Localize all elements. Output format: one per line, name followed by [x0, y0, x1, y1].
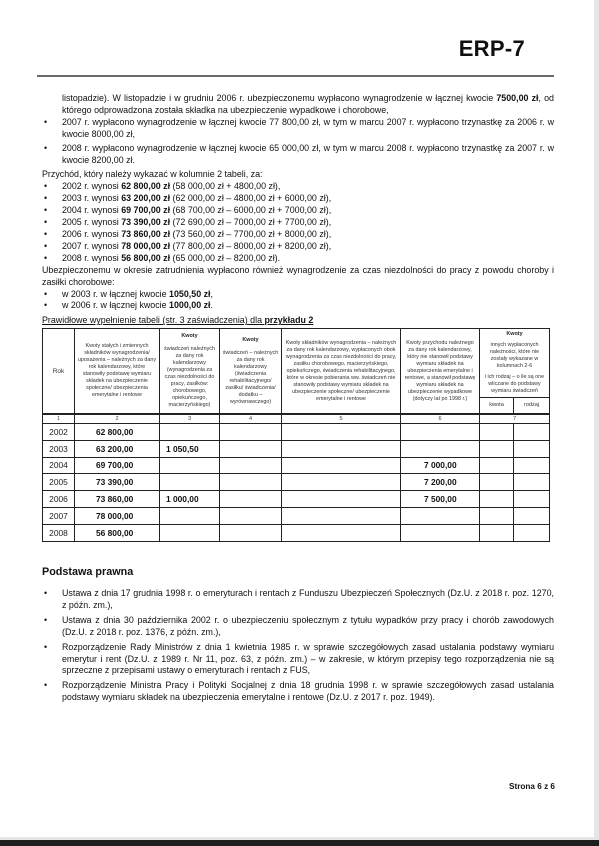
header-col7-kwota: kwota	[480, 398, 514, 415]
text-run: w 2003 r. w łącznej kwocie	[62, 289, 169, 299]
header-divider	[37, 75, 554, 77]
list-item: Ustawa z dnia 17 grudnia 1998 r. o emery…	[42, 588, 554, 612]
table-cell-c3	[160, 424, 220, 441]
intro-list: 2007 r. wypłacono wynagrodzenie w łączne…	[42, 117, 554, 167]
table-cell-c2: 56 800,00	[75, 524, 160, 541]
list-item: 2008 r. wypłacono wynagrodzenie w łączne…	[42, 143, 554, 167]
table-cell-c4	[220, 524, 282, 541]
header-col5: Kwoty składników wynagrodzenia – należny…	[282, 329, 401, 415]
list-item: 2004 r. wynosi 69 700,00 zł (68 700,00 z…	[42, 205, 554, 217]
list-item: 2008 r. wynosi 56 800,00 zł (65 000,00 z…	[42, 253, 554, 265]
list-item: 2002 r. wynosi 62 800,00 zł (58 000,00 z…	[42, 181, 554, 193]
table-cell-rok: 2004	[43, 457, 75, 474]
header-col2: Kwoty stałych i zmiennych składników wyn…	[75, 329, 160, 415]
table-cell-c3: 1 000,00	[160, 491, 220, 508]
table-cell-c7k	[480, 440, 514, 457]
table-cell-c7k	[480, 424, 514, 441]
header-col3: Kwotyświadczeń należnych za dany rok kal…	[160, 329, 220, 415]
table-cell-c7r	[514, 507, 550, 524]
table-cell-c4	[220, 474, 282, 491]
table-cell-c3	[160, 524, 220, 541]
table-cell-c3	[160, 474, 220, 491]
header-text: i ich rodzaj – o ile są one wliczane do …	[482, 374, 547, 395]
viewer-bottom-bar	[0, 840, 599, 846]
text-run: (72 690,00 zł – 7000,00 zł + 7700,00 zł)…	[170, 217, 331, 227]
table-cell-c3	[160, 457, 220, 474]
header-col6: Kwoty przychodu należnego za dany rok ka…	[401, 329, 480, 415]
table-cell-c6: 7 000,00	[401, 457, 480, 474]
text-run: (73 560,00 zł – 7700,00 zł + 8000,00 zł)…	[170, 229, 331, 239]
text-run: 2003 r. wynosi	[62, 193, 121, 203]
text-run: 2004 r. wynosi	[62, 205, 121, 215]
table-cell-c2: 69 700,00	[75, 457, 160, 474]
table-cell-c2: 78 000,00	[75, 507, 160, 524]
table-row: 200469 700,007 000,00	[43, 457, 550, 474]
list-item: 2006 r. wynosi 73 860,00 zł (73 560,00 z…	[42, 229, 554, 241]
text-run: 2005 r. wynosi	[62, 217, 121, 227]
page-number: Strona 6 z 6	[509, 782, 555, 791]
document-body: listopadzie). W listopadzie i w grudniu …	[42, 93, 554, 336]
income-table: Rok Kwoty stałych i zmiennych składników…	[42, 328, 550, 542]
header-text: świadczeń należnych za dany rok kalendar…	[162, 346, 217, 409]
list-item: w 2003 r. w łącznej kwocie 1050,50 zł,	[42, 289, 554, 301]
legal-basis: Ustawa z dnia 17 grudnia 1998 r. o emery…	[42, 588, 554, 707]
column-number: 3	[160, 414, 220, 424]
table-cell-c7r	[514, 524, 550, 541]
table-cell-c5	[282, 440, 401, 457]
table-cell-rok: 2005	[43, 474, 75, 491]
table-row: 200778 000,00	[43, 507, 550, 524]
sickness-list: w 2003 r. w łącznej kwocie 1050,50 zł, w…	[42, 289, 554, 313]
table-cell-rok: 2002	[43, 424, 75, 441]
table-row: 200856 800,00	[43, 524, 550, 541]
table-cell-c5	[282, 424, 401, 441]
text-run: listopadzie). W listopadzie i w grudniu …	[62, 93, 496, 103]
text-run: (62 000,00 zł – 4800,00 zł + 6000,00 zł)…	[170, 193, 331, 203]
header-text: świadczeń – należnych za dany rok kalend…	[222, 350, 279, 406]
table-caption: Prawidłowe wypełnienie tabeli (str. 3 za…	[42, 315, 554, 327]
amount: 7500,00 zł	[496, 93, 538, 103]
table-cell-c5	[282, 457, 401, 474]
income-list: 2002 r. wynosi 62 800,00 zł (58 000,00 z…	[42, 181, 554, 264]
header-title: Kwoty	[222, 337, 279, 344]
text-run: 2008 r. wynosi	[62, 253, 121, 263]
text-run: (68 700,00 zł – 6000,00 zł + 7000,00 zł)…	[170, 205, 331, 215]
column-number: 5	[282, 414, 401, 424]
table-row: 200262 800,00	[43, 424, 550, 441]
column-number: 4	[220, 414, 282, 424]
table-cell-c7r	[514, 474, 550, 491]
table-cell-rok: 2008	[43, 524, 75, 541]
table-cell-c7r	[514, 440, 550, 457]
table-cell-c3	[160, 507, 220, 524]
header-title: Kwoty	[482, 331, 547, 338]
table-cell-c7r	[514, 491, 550, 508]
text-run: (77 800,00 zł – 8000,00 zł + 8200,00 zł)…	[170, 241, 331, 251]
table-cell-c7k	[480, 457, 514, 474]
page-edge	[594, 0, 599, 840]
table-cell-rok: 2007	[43, 507, 75, 524]
table-cell-c6	[401, 440, 480, 457]
text-run: 2002 r. wynosi	[62, 181, 121, 191]
table-cell-c7k	[480, 491, 514, 508]
table-cell-c4	[220, 440, 282, 457]
amount: 78 000,00 zł	[121, 241, 170, 251]
list-item: 2005 r. wynosi 73 390,00 zł (72 690,00 z…	[42, 217, 554, 229]
table-cell-c6	[401, 424, 480, 441]
amount: 69 700,00 zł	[121, 205, 170, 215]
table-cell-c4	[220, 457, 282, 474]
intro-continuation: listopadzie). W listopadzie i w grudniu …	[42, 93, 554, 117]
text-run: .	[211, 300, 213, 310]
table-cell-c6: 7 200,00	[401, 474, 480, 491]
legal-basis-list: Ustawa z dnia 17 grudnia 1998 r. o emery…	[42, 588, 554, 704]
table-cell-c5	[282, 524, 401, 541]
list-item: 2007 r. wypłacono wynagrodzenie w łączne…	[42, 117, 554, 141]
list-item: Rozporządzenie Ministra Pracy i Polityki…	[42, 680, 554, 704]
table-cell-c7k	[480, 507, 514, 524]
header-text: innych wypłaconych należności, które nie…	[482, 342, 547, 370]
header-col4: Kwotyświadczeń – należnych za dany rok k…	[220, 329, 282, 415]
list-item: w 2006 r. w łącznej kwocie 1000,00 zł.	[42, 300, 554, 312]
table-cell-c2: 63 200,00	[75, 440, 160, 457]
column-number: 6	[401, 414, 480, 424]
table-cell-c4	[220, 507, 282, 524]
table-cell-c4	[220, 491, 282, 508]
amount: 1000,00 zł	[169, 300, 210, 310]
table-cell-c7r	[514, 424, 550, 441]
list-item: Rozporządzenie Rady Ministrów z dnia 1 k…	[42, 642, 554, 678]
column-number: 7	[480, 414, 550, 424]
table-cell-c7k	[480, 474, 514, 491]
text-run: w 2006 r. w łącznej kwocie	[62, 300, 169, 310]
header-col7: Kwotyinnych wypłaconych należności, któr…	[480, 329, 550, 398]
table-row: 200573 390,007 200,00	[43, 474, 550, 491]
table-header-row: Rok Kwoty stałych i zmiennych składników…	[43, 329, 550, 398]
legal-basis-title: Podstawa prawna	[42, 566, 133, 578]
table-cell-c3: 1 050,50	[160, 440, 220, 457]
table-cell-c5	[282, 474, 401, 491]
text-run: (58 000,00 zł + 4800,00 zł),	[170, 181, 280, 191]
amount: 62 800,00 zł	[121, 181, 170, 191]
column-number: 2	[75, 414, 160, 424]
table-row: 200673 860,001 000,007 500,00	[43, 491, 550, 508]
header-col7-rodzaj: rodzaj	[514, 398, 550, 415]
table-cell-c7k	[480, 524, 514, 541]
income-lead: Przychód, który należy wykazać w kolumni…	[42, 169, 554, 181]
document-code: ERP-7	[459, 36, 525, 62]
list-item: Ustawa z dnia 30 października 2002 r. o …	[42, 615, 554, 639]
list-item: 2003 r. wynosi 63 200,00 zł (62 000,00 z…	[42, 193, 554, 205]
table-cell-c5	[282, 491, 401, 508]
table-cell-c5	[282, 507, 401, 524]
amount: 73 860,00 zł	[121, 229, 170, 239]
table-cell-c6	[401, 507, 480, 524]
table-cell-c6	[401, 524, 480, 541]
text-run: ,	[211, 289, 213, 299]
text-run: Prawidłowe wypełnienie tabeli (str. 3 za…	[42, 315, 264, 325]
text-run: 2006 r. wynosi	[62, 229, 121, 239]
amount: 63 200,00 zł	[121, 193, 170, 203]
column-number-row: 1 2 3 4 5 6 7	[43, 414, 550, 424]
column-number: 1	[43, 414, 75, 424]
table-body: 200262 800,00200363 200,001 050,50200469…	[43, 424, 550, 542]
amount: 1050,50 zł	[169, 289, 210, 299]
amount: 73 390,00 zł	[121, 217, 170, 227]
table-cell-c4	[220, 424, 282, 441]
table-cell-c2: 73 860,00	[75, 491, 160, 508]
caption-emphasis: przykładu 2	[264, 315, 313, 325]
amount: 56 800,00 zł	[121, 253, 170, 263]
header-title: Kwoty	[162, 333, 217, 340]
text-run: (65 000,00 zł – 8200,00 zł).	[170, 253, 280, 263]
list-item: 2007 r. wynosi 78 000,00 zł (77 800,00 z…	[42, 241, 554, 253]
sickness-lead: Ubezpieczonemu w okresie zatrudnienia wy…	[42, 265, 554, 289]
table-cell-c2: 62 800,00	[75, 424, 160, 441]
table-cell-c7r	[514, 457, 550, 474]
table-cell-c6: 7 500,00	[401, 491, 480, 508]
table-cell-rok: 2006	[43, 491, 75, 508]
text-run: 2007 r. wynosi	[62, 241, 121, 251]
table-cell-c2: 73 390,00	[75, 474, 160, 491]
table-cell-rok: 2003	[43, 440, 75, 457]
header-rok: Rok	[43, 329, 75, 415]
table-row: 200363 200,001 050,50	[43, 440, 550, 457]
